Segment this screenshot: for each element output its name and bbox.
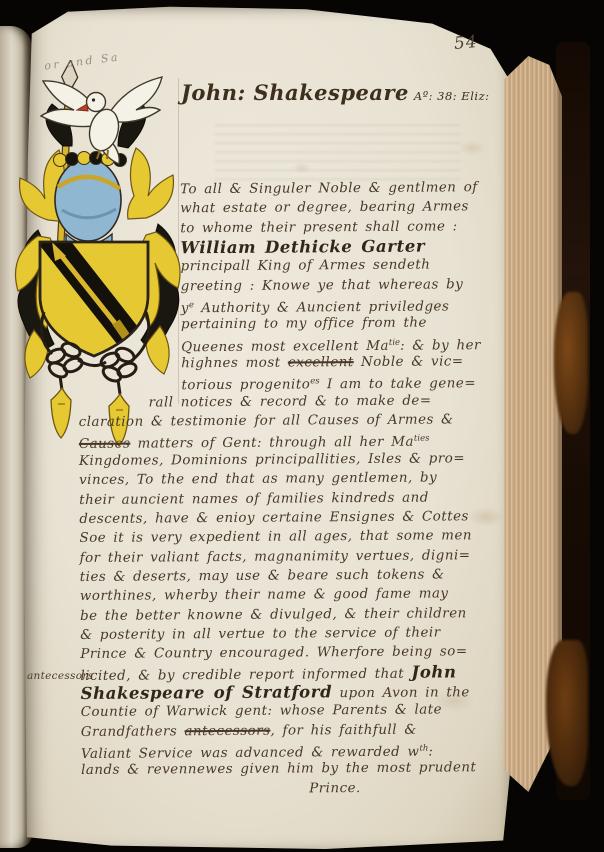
leather-cover-patch	[554, 292, 588, 434]
leather-cover-patch	[546, 640, 588, 786]
manuscript-line: vinces, To the end that as many gentleme…	[79, 468, 481, 490]
manuscript-line: Soe it is very expedient in all ages, th…	[79, 526, 481, 548]
manuscript-line: greeting : Knowe ye that whereas by	[181, 275, 480, 296]
manuscript-segment: highnes most	[181, 356, 288, 372]
manuscript-segment: be the better knowne & divulged, & their…	[80, 606, 467, 624]
manuscript-segment: worthines, wherby their name & good fame…	[80, 587, 449, 605]
book-photo: 54 John: ShakespeareAº: 38: Eliz:	[0, 0, 604, 852]
manuscript-line: to whome their present shall come :	[180, 217, 479, 238]
manuscript-segment: rall notices & record & to make de=	[148, 393, 431, 410]
manuscript-segment: Soe it is very expedient in all ages, th…	[79, 528, 472, 546]
manuscript-segment: their auncient names of families kindred…	[79, 490, 429, 507]
manuscript-line: Prince.	[309, 778, 483, 799]
manuscript-line: ye Authority & Auncient priviledges	[181, 294, 480, 315]
manuscript-line: torious progenitoes I am to take gene=	[181, 372, 480, 393]
manuscript-line: rall notices & record & to make de=	[148, 391, 480, 413]
page-title: John: ShakespeareAº: 38: Eliz:	[181, 80, 490, 105]
manuscript-segment: : & by her	[400, 338, 481, 354]
manuscript-segment: , for his faithfull &	[270, 722, 416, 738]
manuscript-segment: I am to take gene=	[320, 377, 476, 393]
page-number: 54	[453, 32, 478, 54]
manuscript-segment: vinces, To the end that as many gentleme…	[79, 471, 437, 488]
manuscript-segment: Causes	[79, 437, 131, 452]
manuscript-segment: principall King of Armes sendeth	[181, 258, 431, 275]
manuscript-segment: antecessors	[184, 723, 270, 739]
manuscript-segment: Countie of Warwick gent: whose Parents &…	[81, 703, 442, 721]
manuscript-segment: William Dethicke Garter	[180, 237, 425, 258]
manuscript-line: be the better knowne & divulged, & their…	[80, 604, 482, 626]
manuscript-segment: pertaining to my office from the	[181, 316, 427, 333]
manuscript-segment: licited, & by credible report informed t…	[80, 666, 411, 683]
manuscript-text: To all & Singuler Noble & gentlmen ofwha…	[77, 178, 483, 800]
manuscript-segment: y	[181, 301, 189, 316]
manuscript-segment: greeting : Knowe ye that whereas by	[181, 277, 464, 294]
manuscript-segment: Shakespeare of Stratford	[81, 682, 333, 703]
manuscript-line: worthines, wherby their name & good fame…	[80, 584, 482, 606]
manuscript-segment: excellent	[288, 355, 354, 370]
manuscript-segment: Noble & vic=	[354, 354, 464, 370]
manuscript-line: William Dethicke Garter	[180, 236, 479, 257]
manuscript-segment: for their valiant facts, magnanimity ver…	[80, 548, 471, 566]
manuscript-line: principall King of Armes sendeth	[181, 256, 480, 277]
manuscript-segment: to whome their present shall come :	[180, 219, 457, 236]
manuscript-segment: Prince & Country encouraged. Wherfore be…	[80, 645, 467, 663]
manuscript-segment: & posterity in all vertue to the service…	[80, 625, 441, 643]
manuscript-line: their auncient names of families kindred…	[79, 488, 481, 510]
manuscript-segment: To all & Singuler Noble & gentlmen of	[180, 180, 478, 197]
manuscript-line: To all & Singuler Noble & gentlmen of	[180, 178, 479, 199]
manuscript-segment: what estate or degree, bearing Armes	[180, 200, 469, 217]
manuscript-segment: ties & deserts, may use & beare such tok…	[80, 567, 445, 585]
manuscript-segment: John	[411, 662, 456, 681]
manuscript-segment: lands & revennewes given him by the most…	[81, 761, 476, 779]
manuscript-segment: upon Avon in the	[332, 685, 470, 701]
title-regnal-year: Aº: 38: Eliz:	[414, 89, 490, 103]
manuscript-segment: descents, have & enioy certaine Ensignes…	[79, 509, 469, 527]
manuscript-line: Queenes most excellent Matie: & by her	[181, 333, 480, 354]
manuscript-segment: torious progenito	[181, 378, 310, 394]
manuscript-line: pertaining to my office from the	[181, 314, 480, 335]
manuscript-line: highnes most excellent Noble & vic=	[181, 352, 480, 373]
manuscript-segment: claration & testimonie for all Causes of…	[79, 413, 454, 431]
manuscript-segment: Grandfathers	[81, 724, 185, 740]
manuscript-segment: Prince.	[309, 781, 361, 796]
manuscript-segment: es	[310, 377, 319, 387]
manuscript-segment: ties	[414, 434, 430, 444]
manuscript-segment: tie	[389, 337, 400, 347]
manuscript-line: for their valiant facts, magnanimity ver…	[80, 546, 482, 568]
title-name: John: Shakespeare	[181, 80, 409, 105]
ink-show-through	[215, 118, 460, 180]
manuscript-line: Countie of Warwick gent: whose Parents &…	[81, 700, 483, 722]
manuscript-segment: :	[428, 744, 433, 759]
manuscript-line: what estate or degree, bearing Armes	[180, 198, 479, 219]
manuscript-line: Causes matters of Gent: through all her …	[79, 430, 481, 452]
manuscript-line: lands & revennewes given him by the most…	[81, 758, 483, 780]
manuscript-segment: Kingdomes, Dominions principallities, Is…	[79, 451, 465, 469]
